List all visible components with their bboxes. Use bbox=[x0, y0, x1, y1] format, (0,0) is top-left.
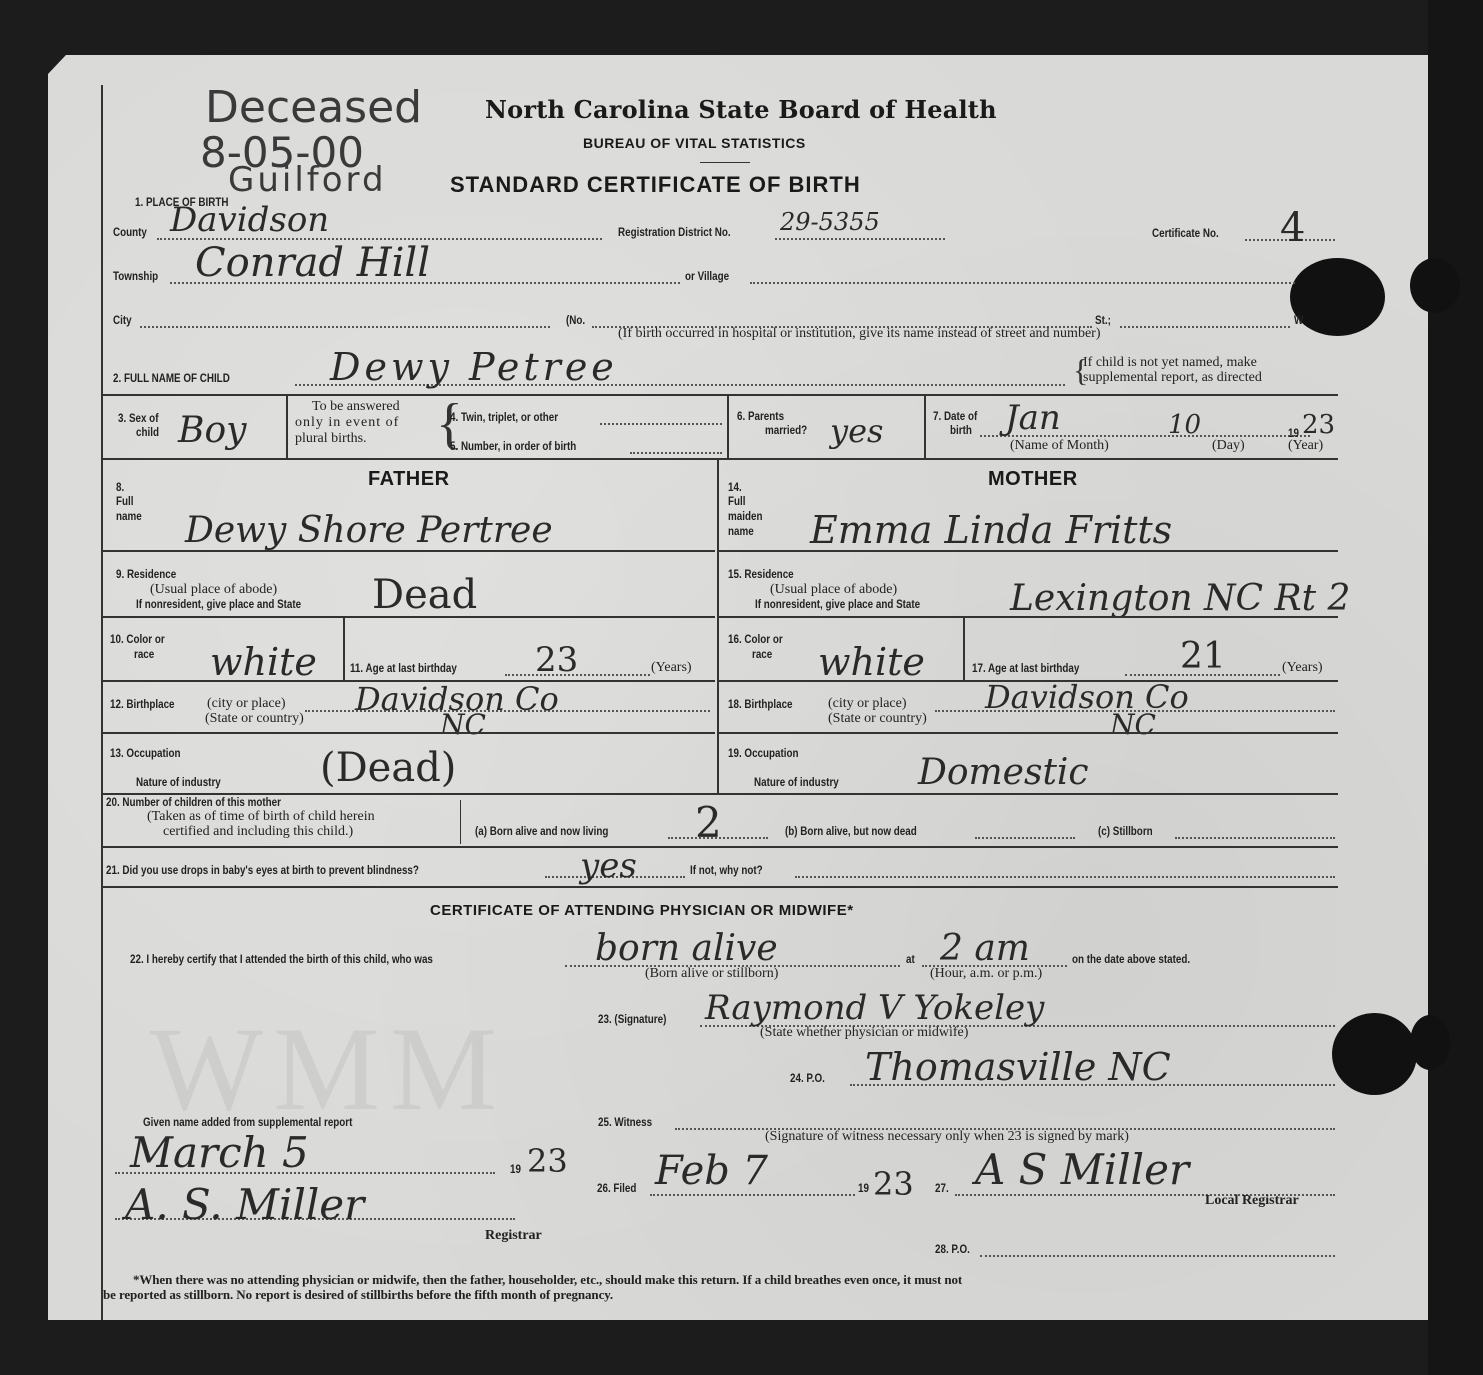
hospital-note: (If birth occurred in hospital or instit… bbox=[618, 326, 1101, 342]
mother-birthplace-value-1[interactable]: Davidson Co bbox=[985, 678, 1189, 716]
punch-hole-top-edge bbox=[1410, 258, 1460, 313]
supplemental-date-value[interactable]: March 5 bbox=[130, 1128, 309, 1177]
mother-name-label-3: name bbox=[728, 524, 754, 538]
signature-label: 23. (Signature) bbox=[598, 1012, 666, 1026]
mother-heading: MOTHER bbox=[988, 468, 1078, 491]
married-label-2: married? bbox=[765, 423, 807, 437]
dead-line bbox=[975, 837, 1075, 839]
father-residence-sub2: If nonresident, give place and State bbox=[136, 597, 301, 611]
father-birthplace-sub2: (State or country) bbox=[205, 711, 304, 727]
plural-note-3: plural births. bbox=[295, 431, 367, 447]
divider-sex bbox=[286, 396, 288, 458]
certify-label: 22. I hereby certify that I attended the… bbox=[130, 952, 433, 966]
county-label: County bbox=[113, 225, 147, 239]
hour-caption: (Hour, a.m. or p.m.) bbox=[930, 966, 1042, 982]
children-label: 20. Number of children of this mother bbox=[106, 795, 281, 809]
filed-year-prefix: 19 bbox=[858, 1181, 869, 1195]
dob-month-caption: (Name of Month) bbox=[1010, 438, 1109, 454]
mother-birthplace-value-2[interactable]: NC bbox=[1110, 708, 1156, 741]
supplemental-year-value[interactable]: 23 bbox=[527, 1142, 568, 1180]
father-rule-1 bbox=[101, 550, 715, 552]
child-name-value[interactable]: Dewy Petree bbox=[330, 345, 618, 389]
registrar-po-line bbox=[980, 1255, 1335, 1257]
mother-race-value[interactable]: white bbox=[818, 640, 925, 684]
sex-label-2: child bbox=[136, 425, 159, 439]
mother-residence-label: 15. Residence bbox=[728, 567, 794, 581]
annotation-county: Guilford bbox=[228, 160, 387, 200]
father-residence-sub1: (Usual place of abode) bbox=[150, 582, 277, 598]
supplemental-registrar-value[interactable]: A. S. Miller bbox=[125, 1180, 364, 1229]
divider-married bbox=[924, 396, 926, 458]
stillborn-line bbox=[1175, 837, 1335, 839]
father-birthplace-value-2[interactable]: NC bbox=[440, 708, 486, 741]
mother-race-divider bbox=[963, 618, 965, 680]
mother-birthplace-label: 18. Birthplace bbox=[728, 697, 793, 711]
parents-divider bbox=[717, 460, 719, 793]
mother-rule-2 bbox=[719, 616, 1338, 618]
living-label: (a) Born alive and now living bbox=[475, 824, 608, 838]
st-label: St.; bbox=[1095, 313, 1111, 327]
filed-year-value[interactable]: 23 bbox=[873, 1165, 914, 1203]
father-age-unit: (Years) bbox=[651, 660, 692, 676]
supplemental-label: Given name added from supplemental repor… bbox=[143, 1115, 352, 1129]
unnamed-note-1: If child is not yet named, make bbox=[1083, 355, 1257, 371]
mother-name-num: 14. bbox=[728, 480, 742, 494]
rule-4 bbox=[101, 846, 1338, 848]
children-bracket bbox=[460, 800, 461, 844]
mother-name-label-2: maiden bbox=[728, 509, 762, 523]
dob-month[interactable]: Jan bbox=[1005, 398, 1061, 438]
scan-border bbox=[1428, 0, 1483, 1375]
supplemental-registrar-caption: Registrar bbox=[485, 1228, 542, 1244]
born-value[interactable]: born alive bbox=[595, 928, 778, 969]
mother-race-label-2: race bbox=[752, 647, 772, 661]
mother-name-value[interactable]: Emma Linda Fritts bbox=[810, 508, 1172, 552]
father-race-label-2: race bbox=[134, 647, 154, 661]
sex-value[interactable]: Boy bbox=[178, 410, 246, 451]
local-registrar-value[interactable]: A S Miller bbox=[975, 1145, 1189, 1194]
father-birthplace-sub1: (city or place) bbox=[207, 696, 286, 712]
reg-district-value[interactable]: 29-5355 bbox=[780, 208, 880, 236]
mother-rule-1 bbox=[719, 550, 1338, 552]
filed-line bbox=[650, 1194, 855, 1196]
supplemental-year-prefix: 19 bbox=[510, 1162, 521, 1176]
ward-line bbox=[1120, 326, 1290, 328]
eyes-label: 21. Did you use drops in baby's eyes at … bbox=[106, 863, 419, 877]
order-line bbox=[630, 452, 722, 454]
certificate-title: STANDARD CERTIFICATE OF BIRTH bbox=[450, 172, 861, 198]
hour-value[interactable]: 2 am bbox=[940, 928, 1030, 969]
father-age-label: 11. Age at last birthday bbox=[350, 661, 457, 675]
po-label: 24. P.O. bbox=[790, 1071, 825, 1085]
punch-hole-bottom bbox=[1332, 1013, 1417, 1095]
children-sub1: (Taken as of time of birth of child here… bbox=[147, 809, 375, 825]
dob-year[interactable]: 23 bbox=[1302, 410, 1335, 440]
filed-value[interactable]: Feb 7 bbox=[655, 1148, 768, 1194]
punch-hole-top bbox=[1290, 258, 1385, 336]
ward-label: W bbox=[1294, 313, 1303, 327]
registrar-po-label: 28. P.O. bbox=[935, 1242, 970, 1256]
reg-district-line bbox=[775, 238, 945, 240]
rule-3 bbox=[101, 793, 1338, 795]
registrar-num: 27. bbox=[935, 1181, 949, 1195]
father-name-num: 8. bbox=[116, 480, 124, 494]
mother-rule-4 bbox=[719, 732, 1338, 734]
born-caption: (Born alive or stillborn) bbox=[645, 966, 778, 982]
footnote-line-2: be reported as stillborn. No report is d… bbox=[103, 1287, 613, 1303]
date-suffix-label: on the date above stated. bbox=[1072, 952, 1190, 966]
mother-age-unit: (Years) bbox=[1282, 660, 1323, 676]
filed-label: 26. Filed bbox=[597, 1181, 636, 1195]
footnote-line-1: *When there was no attending physician o… bbox=[133, 1272, 962, 1288]
plural-note-1: To be answered bbox=[312, 399, 400, 415]
local-registrar-caption: Local Registrar bbox=[1205, 1193, 1299, 1209]
village-line bbox=[750, 282, 1295, 284]
witness-caption: (Signature of witness necessary only whe… bbox=[765, 1129, 1129, 1145]
dob-label-2: birth bbox=[950, 423, 972, 437]
dob-year-caption: (Year) bbox=[1288, 438, 1323, 454]
plural-note-2: only in event of bbox=[295, 415, 399, 431]
street-no-label: (No. bbox=[566, 313, 585, 327]
father-race-value[interactable]: white bbox=[210, 640, 317, 684]
dob-label: 7. Date of bbox=[933, 409, 977, 423]
reg-district-label: Registration District No. bbox=[618, 225, 731, 239]
dob-day[interactable]: 10 bbox=[1168, 410, 1201, 440]
certificate-no-value[interactable]: 4 bbox=[1280, 205, 1305, 251]
father-name-value[interactable]: Dewy Shore Pertree bbox=[185, 510, 553, 551]
city-label: City bbox=[113, 313, 132, 327]
at-label: at bbox=[906, 952, 915, 966]
twin-line bbox=[600, 423, 722, 425]
mother-race-label: 16. Color or bbox=[728, 632, 783, 646]
dob-day-caption: (Day) bbox=[1212, 438, 1245, 454]
board-title: North Carolina State Board of Health bbox=[485, 95, 997, 124]
mother-occupation-label: 19. Occupation bbox=[728, 746, 799, 760]
father-race-divider bbox=[343, 618, 345, 680]
mother-residence-sub1: (Usual place of abode) bbox=[770, 582, 897, 598]
bureau-title: BUREAU OF VITAL STATISTICS bbox=[583, 135, 806, 151]
father-residence-value[interactable]: Dead bbox=[372, 572, 477, 618]
father-occupation-value[interactable]: (Dead) bbox=[320, 745, 456, 791]
father-race-label: 10. Color or bbox=[110, 632, 165, 646]
po-value[interactable]: Thomasville NC bbox=[865, 1045, 1171, 1089]
annotation-deceased: Deceased bbox=[205, 82, 422, 133]
header-rule bbox=[700, 162, 750, 163]
divider-twin bbox=[727, 396, 729, 458]
city-line bbox=[140, 326, 550, 328]
unnamed-note-2: supplemental report, as directed bbox=[1083, 370, 1262, 386]
mother-occupation-value[interactable]: Domestic bbox=[918, 752, 1089, 793]
punch-hole-bottom-edge bbox=[1410, 1015, 1450, 1070]
mother-birthplace-sub1: (city or place) bbox=[828, 696, 907, 712]
certificate-no-label: Certificate No. bbox=[1152, 226, 1219, 240]
rule-5 bbox=[101, 886, 1338, 888]
dead-label: (b) Born alive, but now dead bbox=[785, 824, 917, 838]
father-industry-label: Nature of industry bbox=[136, 775, 221, 789]
mother-age-label: 17. Age at last birthday bbox=[972, 661, 1079, 675]
mother-residence-value[interactable]: Lexington NC Rt 2 bbox=[1010, 578, 1350, 619]
mother-industry-label: Nature of industry bbox=[754, 775, 839, 789]
father-rule-2 bbox=[101, 616, 715, 618]
living-value[interactable]: 2 bbox=[695, 798, 722, 847]
mother-residence-sub2: If nonresident, give place and State bbox=[755, 597, 920, 611]
why-not-line bbox=[795, 876, 1335, 878]
signature-value[interactable]: Raymond V Yokeley bbox=[705, 988, 1044, 1028]
children-sub2: certified and including this child.) bbox=[163, 824, 353, 840]
eyes-value[interactable]: yes bbox=[580, 846, 637, 886]
witness-label: 25. Witness bbox=[598, 1115, 652, 1129]
father-residence-label: 9. Residence bbox=[116, 567, 176, 581]
sex-label: 3. Sex of bbox=[118, 411, 158, 425]
physician-heading: CERTIFICATE OF ATTENDING PHYSICIAN OR MI… bbox=[430, 902, 854, 919]
father-name-label: Full bbox=[116, 494, 133, 508]
form-left-border bbox=[101, 85, 103, 1320]
township-value[interactable]: Conrad Hill bbox=[195, 240, 430, 286]
stillborn-label: (c) Stillborn bbox=[1098, 824, 1153, 838]
mother-age-value[interactable]: 21 bbox=[1180, 636, 1226, 677]
father-birthplace-label: 12. Birthplace bbox=[110, 697, 175, 711]
order-label: 5. Number, in order of birth bbox=[450, 439, 576, 453]
married-value[interactable]: yes bbox=[830, 412, 883, 450]
child-name-label: 2. FULL NAME OF CHILD bbox=[113, 371, 230, 385]
father-age-value[interactable]: 23 bbox=[535, 640, 578, 680]
signature-caption: (State whether physician or midwife) bbox=[760, 1025, 968, 1041]
rule-2 bbox=[101, 458, 1338, 460]
county-value[interactable]: Davidson bbox=[170, 200, 329, 240]
father-occupation-label: 13. Occupation bbox=[110, 746, 181, 760]
mother-birthplace-sub2: (State or country) bbox=[828, 711, 927, 727]
father-heading: FATHER bbox=[368, 468, 450, 491]
township-label: Township bbox=[113, 269, 158, 283]
married-label: 6. Parents bbox=[737, 409, 784, 423]
twin-label: 4. Twin, triplet, or other bbox=[450, 410, 558, 424]
village-label: or Village bbox=[685, 269, 729, 283]
father-rule-4 bbox=[101, 732, 715, 734]
why-not-label: If not, why not? bbox=[690, 863, 763, 877]
mother-name-label: Full bbox=[728, 494, 745, 508]
father-name-label-2: name bbox=[116, 509, 142, 523]
